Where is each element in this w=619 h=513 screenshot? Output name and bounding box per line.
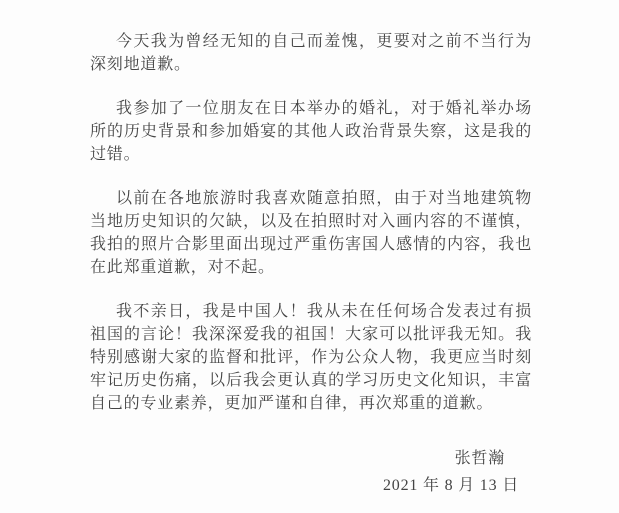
letter-paragraph-1: 今天我为曾经无知的自己而羞愧，更要对之前不当行为深刻地道歉。 [90,30,532,76]
signature-name: 张哲瀚 [383,447,519,471]
signature-date: 2021 年 8 月 13 日 [383,474,519,498]
signature-block: 张哲瀚 2021 年 8 月 13 日 [383,447,519,498]
apology-letter-page: 今天我为曾经无知的自己而羞愧，更要对之前不当行为深刻地道歉。 我参加了一位朋友在… [0,0,619,513]
letter-paragraph-3: 以前在各地旅游时我喜欢随意拍照，由于对当地建筑物当地历史知识的欠缺，以及在拍照时… [90,187,532,279]
letter-paragraph-4: 我不亲日，我是中国人！我从未在任何场合发表过有损祖国的言论！我深深爱我的祖国！大… [90,300,532,415]
letter-paragraph-2: 我参加了一位朋友在日本举办的婚礼，对于婚礼举办场所的历史背景和参加婚宴的其他人政… [90,97,532,166]
letter-body: 今天我为曾经无知的自己而羞愧，更要对之前不当行为深刻地道歉。 我参加了一位朋友在… [90,30,532,436]
